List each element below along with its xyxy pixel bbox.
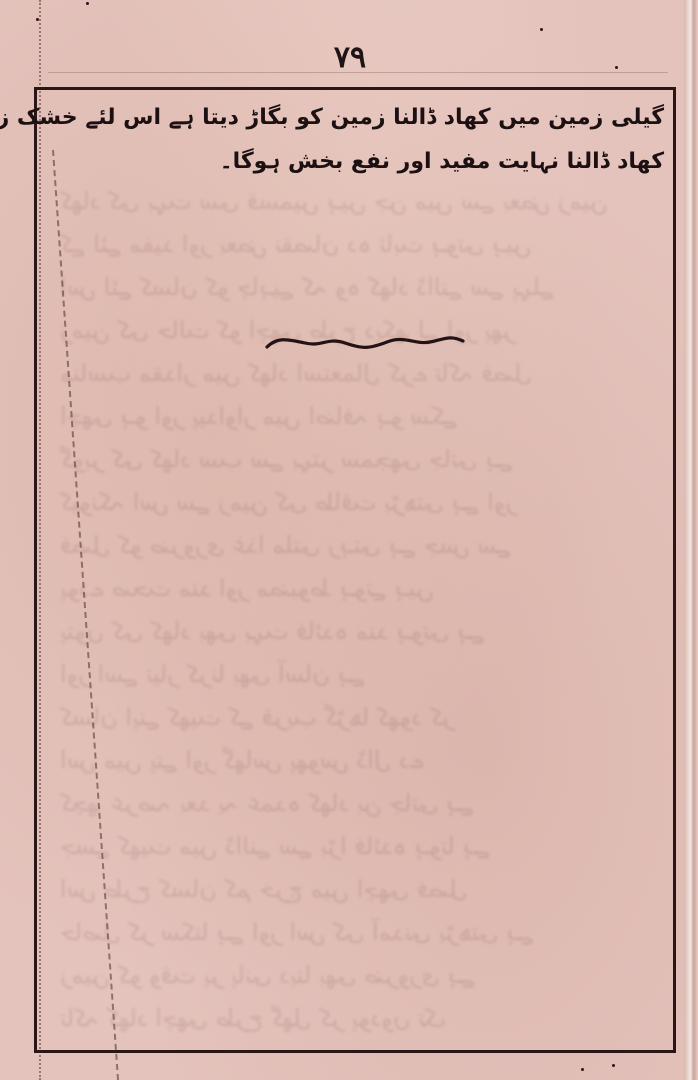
page-number: ۷۹ [322, 40, 378, 75]
ink-speck [86, 2, 89, 5]
ink-speck [615, 66, 618, 69]
ink-speck [36, 18, 39, 21]
scanned-page: کھاد کی بہت سی قسمیں ہیں جن میں سے بعض ز… [0, 0, 698, 1080]
body-text: گیلی زمین میں کھاد ڈالنا زمین کو بگاڑ دی… [44, 96, 664, 184]
wavy-divider [265, 333, 465, 353]
ink-speck [581, 1068, 584, 1071]
body-line-2: کھاد ڈالنا نہایت مفید اور نفع بخش ہوگا۔ [44, 140, 664, 184]
header-rule [48, 72, 668, 73]
page-border-frame [34, 87, 676, 1053]
page-edge-right [684, 0, 698, 1080]
ink-speck [612, 1064, 615, 1067]
body-line-1: گیلی زمین میں کھاد ڈالنا زمین کو بگاڑ دی… [44, 96, 664, 140]
ink-speck [540, 28, 543, 31]
